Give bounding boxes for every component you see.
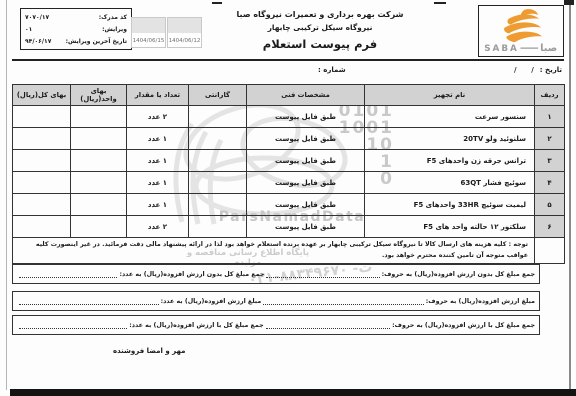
scanned-inquiry-form-page: 0101 1001 10 1 0 ParsNamadData پایگاه اط… [0,0,576,396]
quantity-cell: ۲ عدد [127,216,189,238]
col-header-warranty: گارانتی [189,85,247,106]
equipment-name: ترانس جرقه زن واحدهای F5 [365,150,535,172]
document-info-box: کد مدرک: ۷۰۷۰/۱۷ ویرایش: ۰۱ تاریخ آخرین … [20,8,132,50]
technical-spec: طبق فایل پیوست [247,106,365,128]
scan-mark [212,2,222,4]
vat-amount-digits-label: مبلغ ارزش افزوده(ریال) به عدد: [161,298,262,305]
note-row: توجه : کلیه هزینه های ارسال کالا تا نیرو… [13,238,565,264]
warranty-cell [189,172,247,194]
total-without-vat-row: جمع مبلغ کل بدون ارزش افزوده(ریال) به حر… [12,264,540,284]
date-stamp: 1404/06/15 [131,17,166,48]
dotted-fill-line [19,304,159,305]
warranty-cell [189,128,247,150]
number-field: شماره : [318,66,346,74]
logo-wordmark-latin: SABA [484,44,519,54]
row-number: ۱ [535,106,565,128]
equipment-name: لیمیت سوئیچ 33HR واحدهای F5 [365,194,535,216]
technical-spec: طبق فایل پیوست [247,194,365,216]
table-row: ۶ سلکتور ۱۲ حالته واحد های F5 طبق فایل پ… [13,216,565,238]
scan-edge-bottom [10,389,576,396]
date-label: تاریخ : [540,66,562,74]
unit-price-cell [71,128,127,150]
total-with-vat-digits-label: جمع مبلغ کل با ارزش افزوده(ریال) به عدد: [129,322,263,329]
total-price-cell [13,150,71,172]
technical-spec: طبق فایل پیوست [247,150,365,172]
company-name: شرکت بهره برداری و تعمیرات نیروگاه صبا [205,10,435,19]
total-price-cell [13,194,71,216]
warranty-cell [189,216,247,238]
seller-signature-label: مهر و امضا فروشنده [113,347,185,355]
dotted-fill-line [19,277,117,278]
equipment-name: سوئیچ فشار 63QT [365,172,535,194]
col-header-technical-specs: مشخصات فنی [247,85,365,106]
total-price-cell [13,128,71,150]
last-edit-row: تاریخ آخرین ویرایش: ۹۴/۰۶/۱۷ [25,38,127,45]
saba-logo-icon: SABA صبا [479,6,562,55]
total-without-vat-words-label: جمع مبلغ کل بدون ارزش افزوده(ریال) به حر… [382,271,535,278]
quantity-cell: ۱ عدد [127,150,189,172]
logo-wordmark-farsi: صبا [540,43,557,54]
vat-amount-row: مبلغ ارزش افزوده(ریال) به حروف: مبلغ ارز… [12,291,540,311]
technical-spec: طبق فایل پیوست [247,128,365,150]
scan-mark [564,0,574,5]
equipment-name: سلکتور ۱۲ حالته واحد های F5 [365,216,535,238]
table-row: ۱ سنسور سرعت طبق فایل پیوست ۲ عدد [13,106,565,128]
dotted-fill-line [19,328,127,329]
stamp-shading [168,18,201,33]
technical-spec: طبق فایل پیوست [247,172,365,194]
items-table: ردیف نام تجهیز مشخصات فنی گارانتی تعداد … [12,84,565,264]
note-row-number-cell [535,238,565,264]
total-with-vat-row: جمع مبلغ کل با ارزش افزوده(ریال) به حروف… [12,315,540,335]
shipping-note: توجه : کلیه هزینه های ارسال کالا تا نیرو… [13,238,535,264]
scan-edge-right [569,0,571,391]
total-price-cell [13,106,71,128]
total-with-vat-words-label: جمع مبلغ کل با ارزش افزوده(ریال) به حروف… [392,322,535,329]
row-number: ۲ [535,128,565,150]
col-header-equipment-name: نام تجهیز [365,85,535,106]
quantity-cell: ۱ عدد [127,172,189,194]
stamp-date: 1404/06/15 [132,38,165,44]
table-row: ۵ لیمیت سوئیچ 33HR واحدهای F5 طبق فایل پ… [13,194,565,216]
col-header-total-price: بهای کل(ریال) [13,85,71,106]
warranty-cell [189,194,247,216]
warranty-cell [189,150,247,172]
table-row: ۲ سلنوئید ولو 20TV طبق فایل پیوست ۱ عدد [13,128,565,150]
date-field: تاریخ :/ / [508,66,562,74]
quantity-cell: ۲ عدد [127,106,189,128]
header-titles: شرکت بهره برداری و تعمیرات نیروگاه صبا ن… [205,10,435,51]
unit-price-cell [71,150,127,172]
form-title: فرم پیوست استعلام [205,37,435,51]
stamp-shading [132,18,165,33]
table-row: ۴ سوئیچ فشار 63QT طبق فایل پیوست ۱ عدد [13,172,565,194]
total-price-cell [13,216,71,238]
row-number: ۳ [535,150,565,172]
table-row: ۳ ترانس جرقه زن واحدهای F5 طبق فایل پیوس… [13,150,565,172]
last-edit-value: ۹۴/۰۶/۱۷ [25,38,51,45]
doc-code-value: ۷۰۷۰/۱۷ [25,14,49,21]
warranty-cell [189,106,247,128]
row-number: ۴ [535,172,565,194]
unit-price-cell [71,194,127,216]
unit-price-cell [71,216,127,238]
doc-code-row: کد مدرک: ۷۰۷۰/۱۷ [25,14,127,21]
stamp-date: 1404/06/12 [168,38,201,44]
vat-amount-words-label: مبلغ ارزش افزوده(ریال) به حروف: [426,298,535,305]
header-divider [12,59,564,61]
quantity-cell: ۱ عدد [127,128,189,150]
date-stamps: 1404/06/15 1404/06/12 [131,17,203,48]
revision-label: ویرایش: [102,26,127,33]
row-number: ۵ [535,194,565,216]
revision-value: ۰۱ [25,26,32,33]
dotted-fill-line [266,328,390,329]
row-number: ۶ [535,216,565,238]
scan-mark [434,2,446,4]
dotted-fill-line [266,277,379,278]
scan-edge-left [6,0,7,390]
dotted-fill-line [263,304,423,305]
date-slashes: / / [514,66,534,74]
saba-logo-box: SABA صبا [478,5,564,57]
col-header-quantity: تعداد یا مقدار [127,85,189,106]
unit-price-cell [71,106,127,128]
col-header-row-number: ردیف [535,85,565,106]
equipment-name: سنسور سرعت [365,106,535,128]
table-header-row: ردیف نام تجهیز مشخصات فنی گارانتی تعداد … [13,85,565,106]
total-price-cell [13,172,71,194]
last-edit-label: تاریخ آخرین ویرایش: [66,38,127,45]
total-without-vat-digits-label: جمع مبلغ کل بدون ارزش افزوده(ریال) به عد… [119,271,264,278]
technical-spec: طبق فایل پیوست [247,216,365,238]
doc-code-label: کد مدرک: [99,14,127,21]
unit-price-cell [71,172,127,194]
plant-name: نیروگاه سیکل ترکیبی چابهار [205,23,435,32]
quantity-cell: ۱ عدد [127,194,189,216]
col-header-unit-price: بهای واحد(ریال) [71,85,127,106]
date-stamp: 1404/06/12 [167,17,202,48]
revision-row: ویرایش: ۰۱ [25,26,127,33]
equipment-name: سلنوئید ولو 20TV [365,128,535,150]
